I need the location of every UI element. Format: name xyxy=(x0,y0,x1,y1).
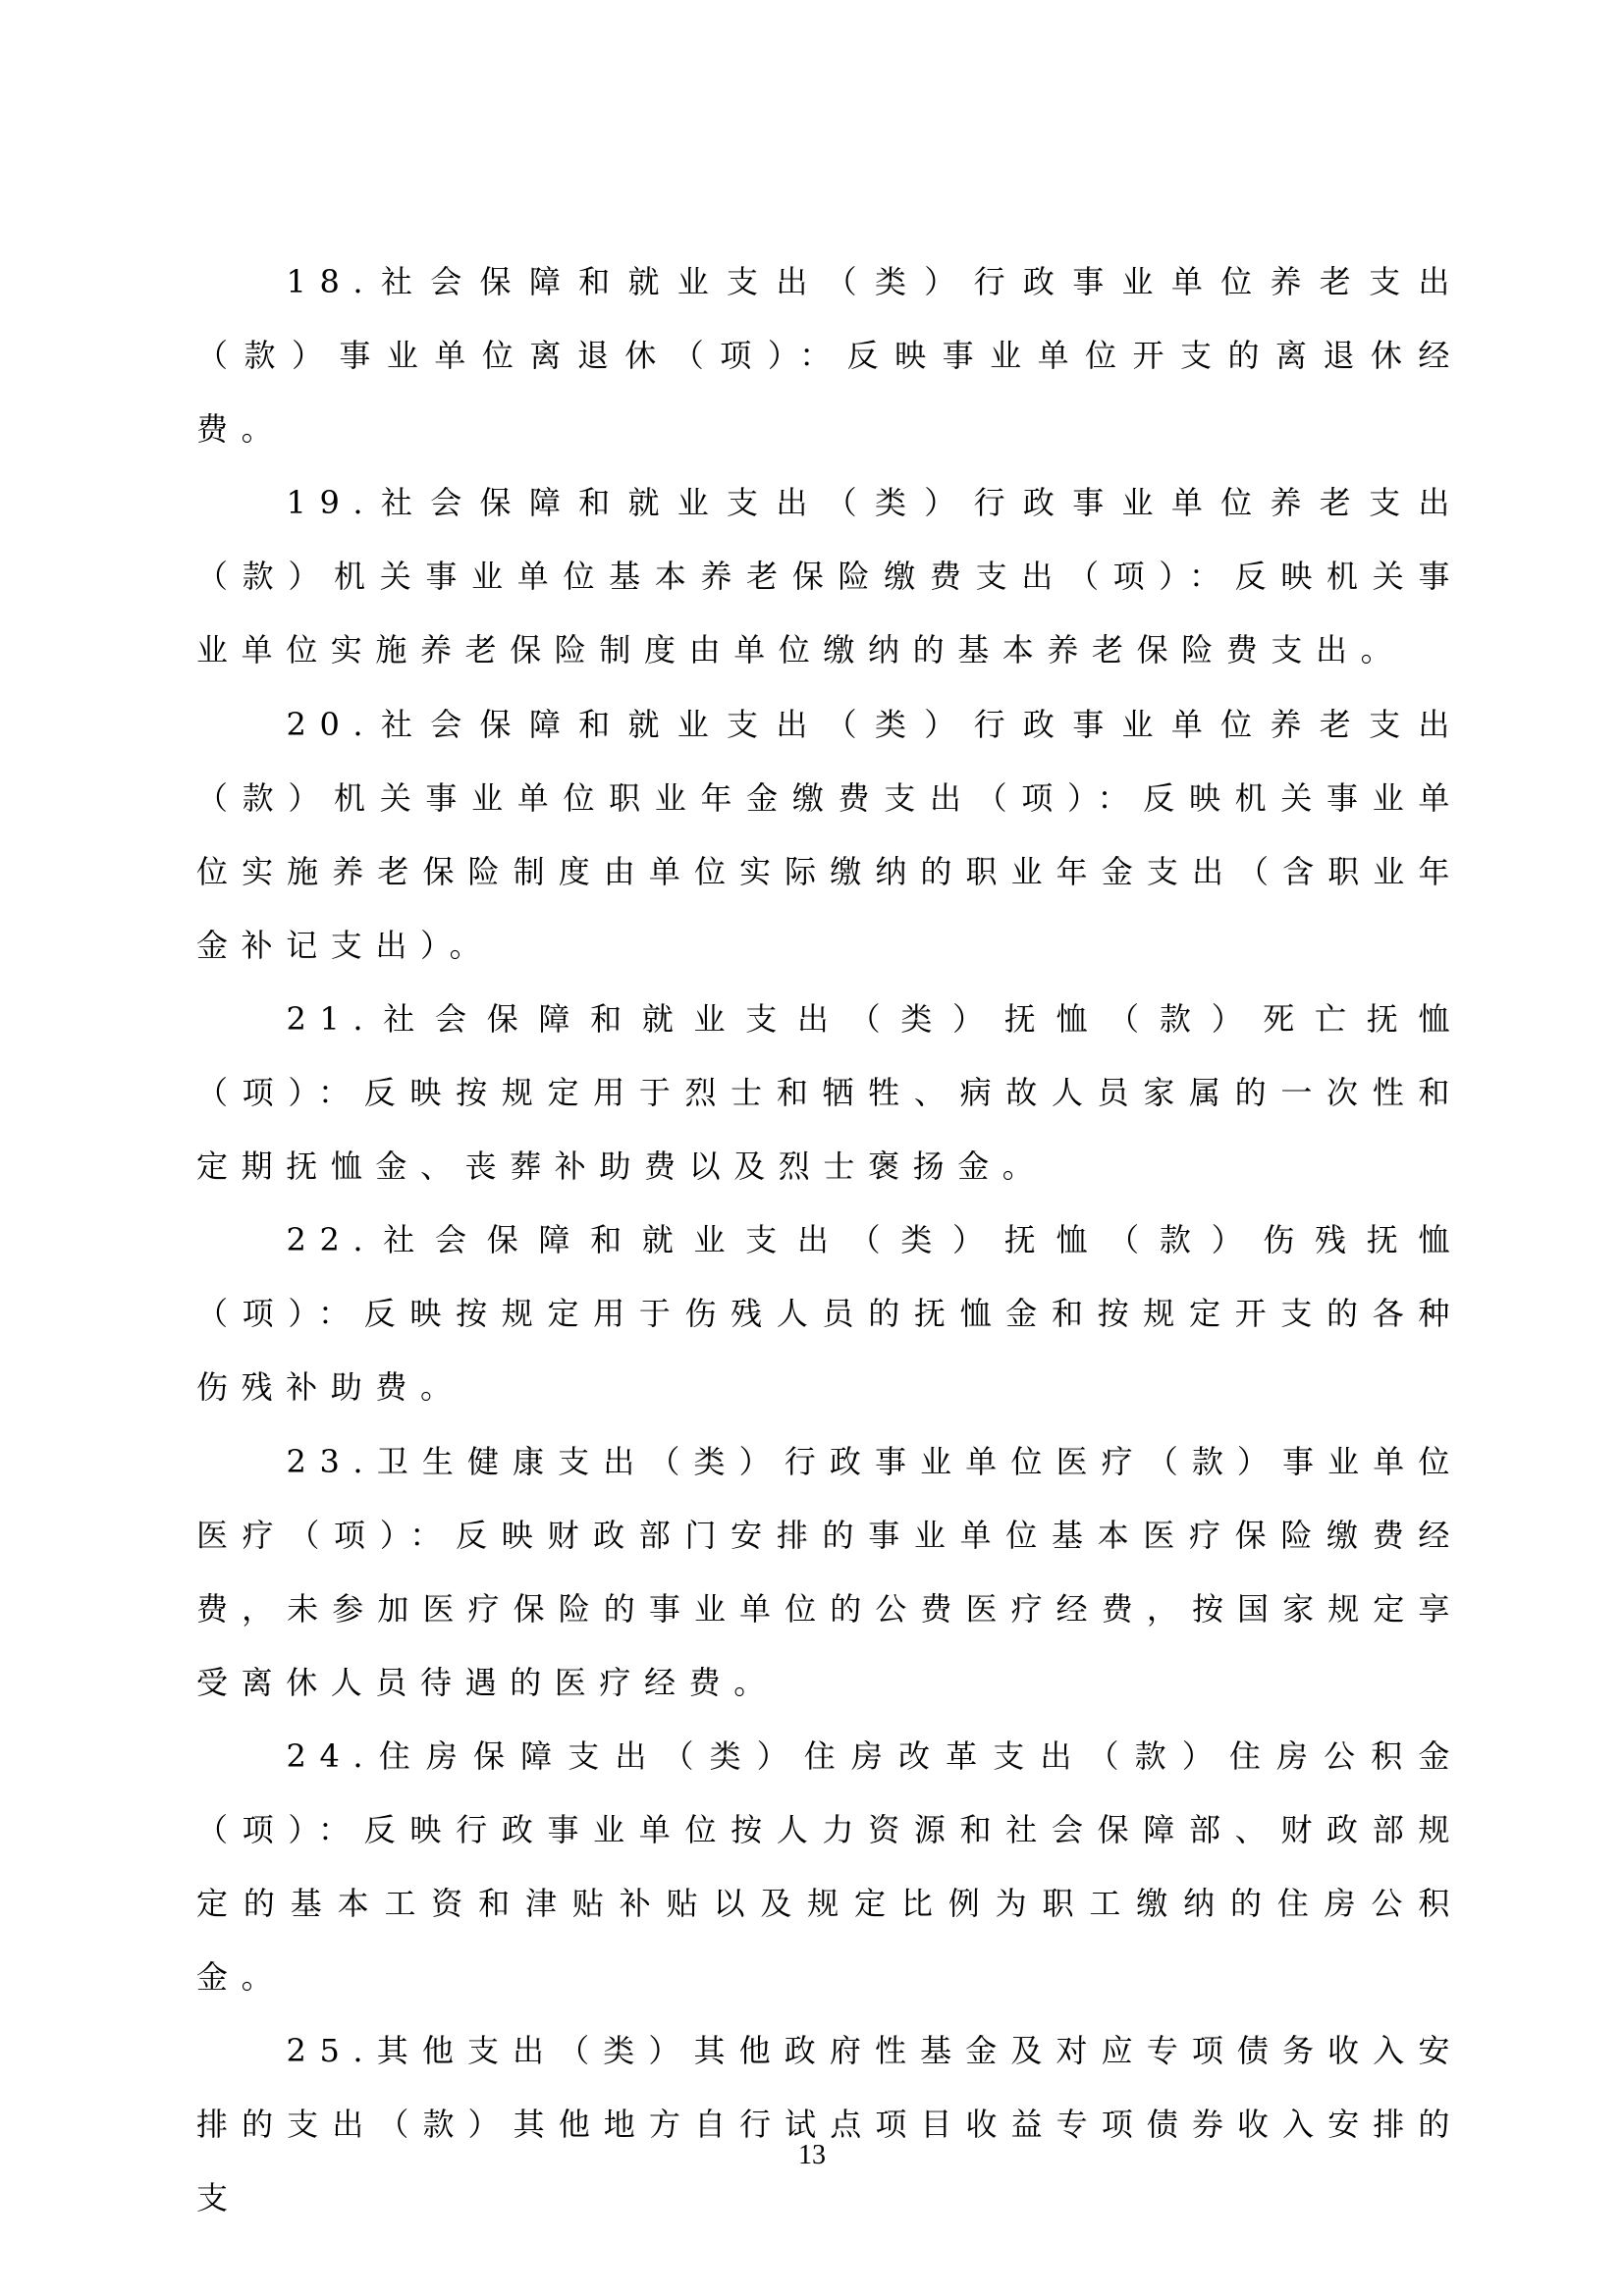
paragraph-item-18: 18.社会保障和就业支出（类）行政事业单位养老支出（款）事业单位离退休（项）：反… xyxy=(196,245,1463,466)
paragraph-item-22: 22.社会保障和就业支出（类）抚恤（款）伤残抚恤（项）：反映按规定用于伤残人员的… xyxy=(196,1203,1463,1424)
document-page: 18.社会保障和就业支出（类）行政事业单位养老支出（款）事业单位离退休（项）：反… xyxy=(0,0,1624,2296)
paragraph-item-24: 24.住房保障支出（类）住房改革支出（款）住房公积金（项）：反映行政事业单位按人… xyxy=(196,1720,1463,2014)
page-number: 13 xyxy=(0,2140,1624,2171)
paragraph-item-23: 23.卫生健康支出（类）行政事业单位医疗（款）事业单位医疗（项）：反映财政部门安… xyxy=(196,1425,1463,1720)
paragraph-item-20: 20.社会保障和就业支出（类）行政事业单位养老支出（款）机关事业单位职业年金缴费… xyxy=(196,688,1463,983)
paragraph-item-21: 21.社会保障和就业支出（类）抚恤（款）死亡抚恤（项）：反映按规定用于烈士和牺牲… xyxy=(196,983,1463,1203)
paragraph-item-25: 25.其他支出（类）其他政府性基金及对应专项债务收入安排的支出（款）其他地方自行… xyxy=(196,2014,1463,2235)
paragraph-item-19: 19.社会保障和就业支出（类）行政事业单位养老支出（款）机关事业单位基本养老保险… xyxy=(196,466,1463,687)
body-text: 18.社会保障和就业支出（类）行政事业单位养老支出（款）事业单位离退休（项）：反… xyxy=(196,245,1463,2236)
